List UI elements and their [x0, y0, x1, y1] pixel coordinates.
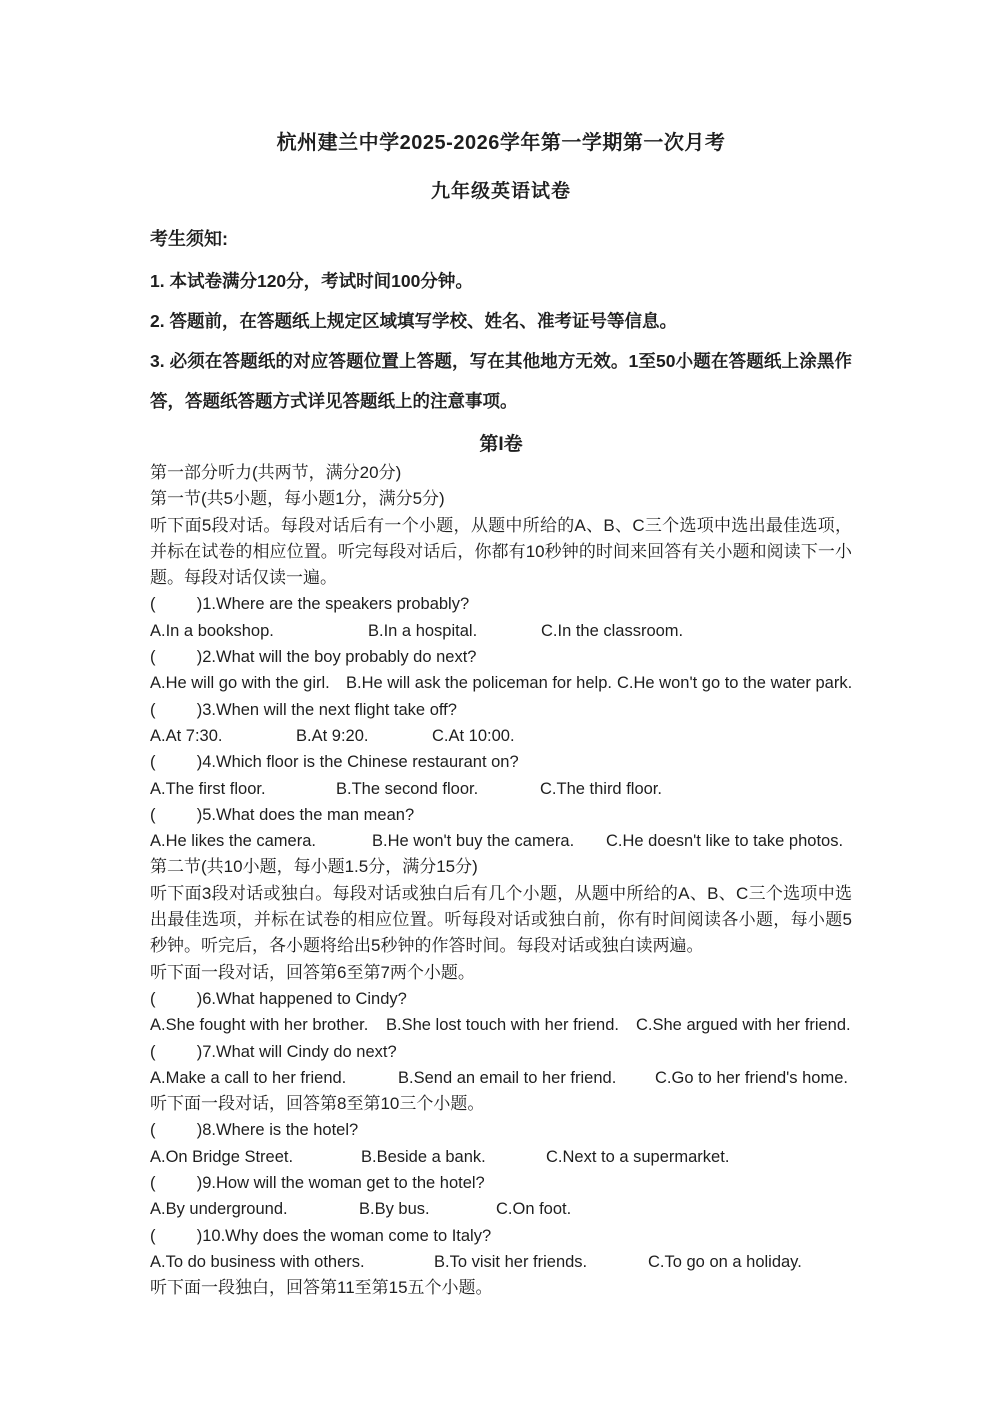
part-label: 第I卷 — [150, 429, 852, 456]
option-b: B.He won't buy the camera. — [372, 828, 606, 854]
option-a: A.By underground. — [150, 1196, 359, 1222]
section1-intro: 听下面5段对话。每段对话后有一个小题，从题中所给的A、B、C三个选项中选出最佳选… — [150, 513, 852, 592]
option-a: A.Make a call to her friend. — [150, 1065, 398, 1091]
section2-heading: 第二节(共10小题，每小题1.5分，满分15分) — [150, 854, 852, 880]
option-a: A.In a bookshop. — [150, 618, 368, 644]
exam-title: 杭州建兰中学2025-2026学年第一学期第一次月考 — [150, 126, 852, 155]
question-options-7: A.Make a call to her friend. B.Send an e… — [150, 1065, 852, 1091]
listening-cue-8-10: 听下面一段对话，回答第8至第10三个小题。 — [150, 1091, 852, 1117]
option-a: A.She fought with her brother. — [150, 1012, 386, 1038]
listening-cue-11-15: 听下面一段独白，回答第11至第15五个小题。 — [150, 1275, 852, 1301]
option-b: B.At 9:20. — [296, 723, 432, 749]
option-c: C.He won't go to the water park. — [617, 670, 852, 696]
option-c: C.He doesn't like to take photos. — [606, 828, 843, 854]
option-c: C.In the classroom. — [541, 618, 683, 644]
listening-cue-6-7: 听下面一段对话，回答第6至第7两个小题。 — [150, 960, 852, 986]
section2-intro: 听下面3段对话或独白。每段对话或独白后有几个小题，从题中所给的A、B、C三个选项… — [150, 881, 852, 960]
option-b: B.In a hospital. — [368, 618, 541, 644]
question-stem-9: ( )9.How will the woman get to the hotel… — [150, 1170, 852, 1196]
option-c: C.On foot. — [496, 1196, 571, 1222]
option-c: C.She argued with her friend. — [636, 1012, 851, 1038]
question-options-9: A.By underground. B.By bus. C.On foot. — [150, 1196, 852, 1222]
section1-heading: 第一节(共5小题，每小题1分，满分5分) — [150, 486, 852, 512]
exam-page: 杭州建兰中学2025-2026学年第一学期第一次月考 九年级英语试卷 考生须知:… — [0, 0, 1000, 1414]
option-b: B.The second floor. — [336, 776, 540, 802]
option-a: A.On Bridge Street. — [150, 1144, 361, 1170]
option-a: A.He will go with the girl. — [150, 670, 346, 696]
exam-subtitle: 九年级英语试卷 — [150, 176, 852, 203]
question-stem-6: ( )6.What happened to Cindy? — [150, 986, 852, 1012]
notice-item-1: 1. 本试卷满分120分，考试时间100分钟。 — [150, 261, 852, 301]
question-stem-3: ( )3.When will the next flight take off? — [150, 697, 852, 723]
option-b: B.By bus. — [359, 1196, 496, 1222]
option-c: C.Go to her friend's home. — [655, 1065, 848, 1091]
question-stem-2: ( )2.What will the boy probably do next? — [150, 644, 852, 670]
notice-item-2: 2. 答题前，在答题纸上规定区域填写学校、姓名、准考证号等信息。 — [150, 301, 852, 341]
question-options-2: A.He will go with the girl. B.He will as… — [150, 670, 852, 696]
question-stem-10: ( )10.Why does the woman come to Italy? — [150, 1223, 852, 1249]
option-a: A.He likes the camera. — [150, 828, 372, 854]
option-a: A.The first floor. — [150, 776, 336, 802]
option-b: B.Beside a bank. — [361, 1144, 546, 1170]
option-c: C.Next to a supermarket. — [546, 1144, 729, 1170]
question-options-3: A.At 7:30. B.At 9:20. C.At 10:00. — [150, 723, 852, 749]
notice-item-3: 3. 必须在答题纸的对应答题位置上答题，写在其他地方无效。1至50小题在答题纸上… — [150, 341, 852, 421]
option-c: C.The third floor. — [540, 776, 662, 802]
option-a: A.At 7:30. — [150, 723, 296, 749]
option-c: C.To go on a holiday. — [648, 1249, 802, 1275]
option-c: C.At 10:00. — [432, 723, 515, 749]
listening-part-heading: 第一部分听力(共两节，满分20分) — [150, 460, 852, 486]
question-options-6: A.She fought with her brother. B.She los… — [150, 1012, 852, 1038]
option-b: B.He will ask the policeman for help. — [346, 670, 617, 696]
question-options-8: A.On Bridge Street. B.Beside a bank. C.N… — [150, 1144, 852, 1170]
question-options-5: A.He likes the camera. B.He won't buy th… — [150, 828, 852, 854]
option-b: B.She lost touch with her friend. — [386, 1012, 636, 1038]
notice-heading: 考生须知: — [150, 225, 852, 251]
question-options-4: A.The first floor. B.The second floor. C… — [150, 776, 852, 802]
option-b: B.To visit her friends. — [434, 1249, 648, 1275]
question-stem-7: ( )7.What will Cindy do next? — [150, 1039, 852, 1065]
question-stem-4: ( )4.Which floor is the Chinese restaura… — [150, 749, 852, 775]
question-options-10: A.To do business with others. B.To visit… — [150, 1249, 852, 1275]
option-a: A.To do business with others. — [150, 1249, 434, 1275]
question-stem-5: ( )5.What does the man mean? — [150, 802, 852, 828]
question-stem-8: ( )8.Where is the hotel? — [150, 1117, 852, 1143]
question-options-1: A.In a bookshop. B.In a hospital. C.In t… — [150, 618, 852, 644]
question-stem-1: ( )1.Where are the speakers probably? — [150, 591, 852, 617]
option-b: B.Send an email to her friend. — [398, 1065, 655, 1091]
